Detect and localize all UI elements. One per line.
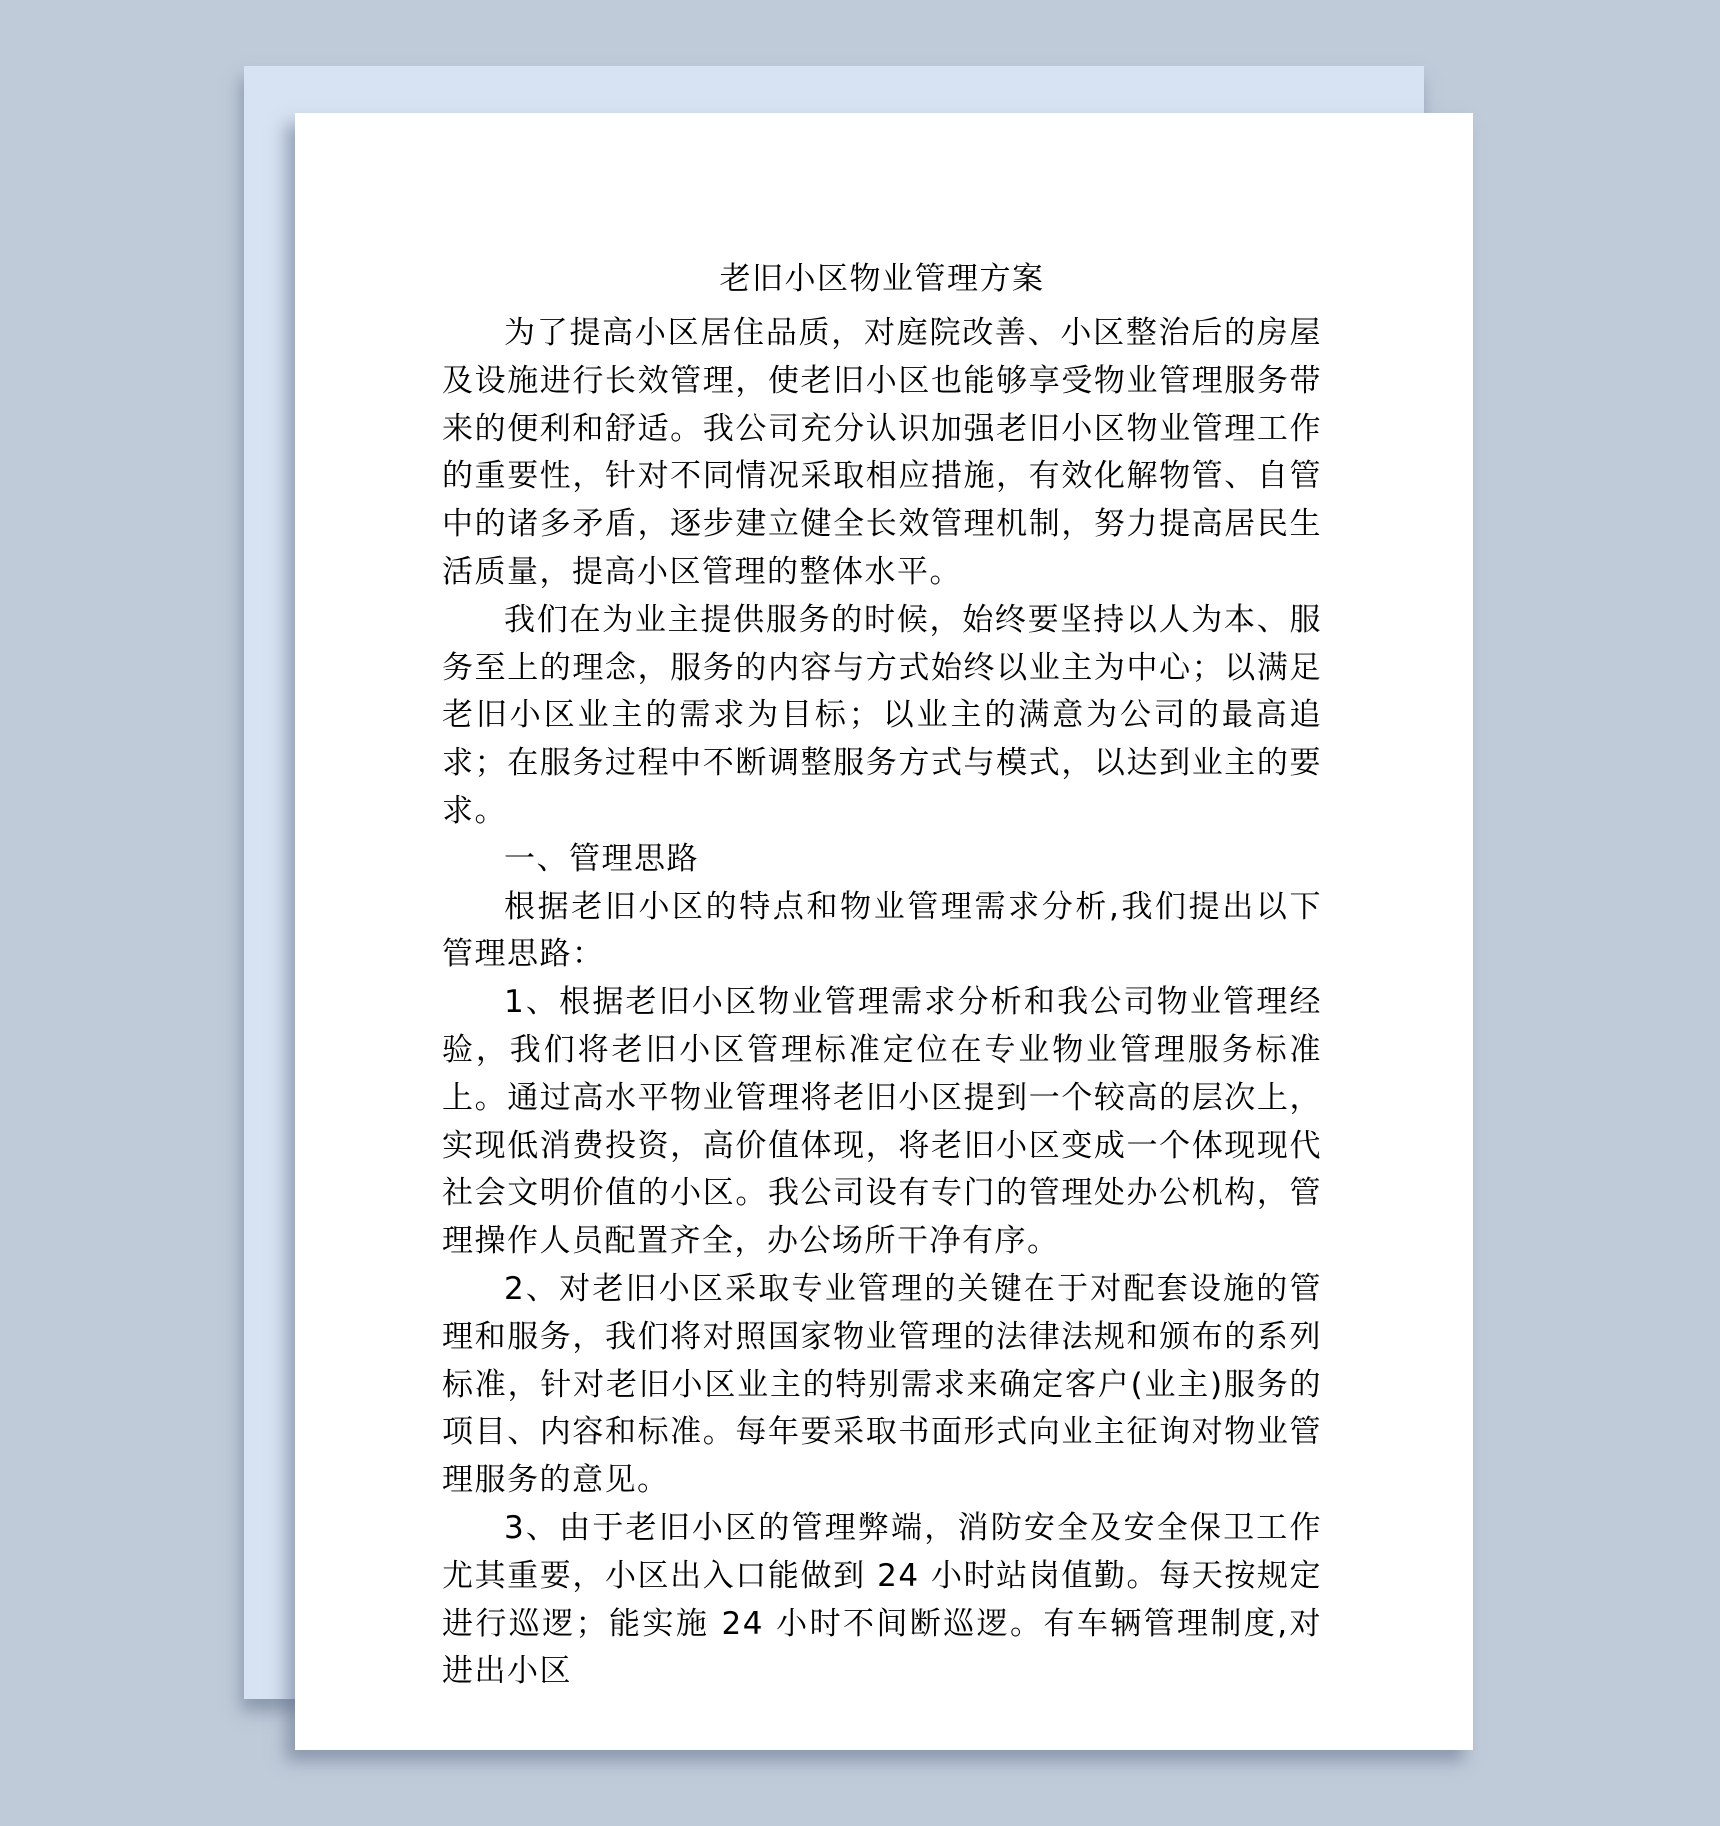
paragraph-intro: 为了提高小区居住品质，对庭院改善、小区整治后的房屋及设施进行长效管理，使老旧小区…	[442, 310, 1322, 597]
document-page: 老旧小区物业管理方案 为了提高小区居住品质，对庭院改善、小区整治后的房屋及设施进…	[295, 113, 1473, 1750]
paragraph-service-philosophy: 我们在为业主提供服务的时候，始终要坚持以人为本、服务至上的理念，服务的内容与方式…	[442, 597, 1322, 836]
section-heading-management-thinking: 一、管理思路	[442, 836, 1322, 884]
paragraph-item-2: 2、对老旧小区采取专业管理的关键在于对配套设施的管理和服务，我们将对照国家物业管…	[442, 1266, 1322, 1505]
paragraph-item-3: 3、由于老旧小区的管理弊端，消防安全及安全保卫工作尤其重要，小区出入口能做到 2…	[442, 1505, 1322, 1696]
document-title: 老旧小区物业管理方案	[442, 255, 1322, 303]
paragraph-item-1: 1、根据老旧小区物业管理需求分析和我公司物业管理经验，我们将老旧小区管理标准定位…	[442, 979, 1322, 1266]
paragraph-thinking-lead-in: 根据老旧小区的特点和物业管理需求分析,我们提出以下管理思路：	[442, 884, 1322, 980]
document-viewer-canvas: { "colors": { "canvas_background": "#bfc…	[0, 0, 1720, 1826]
